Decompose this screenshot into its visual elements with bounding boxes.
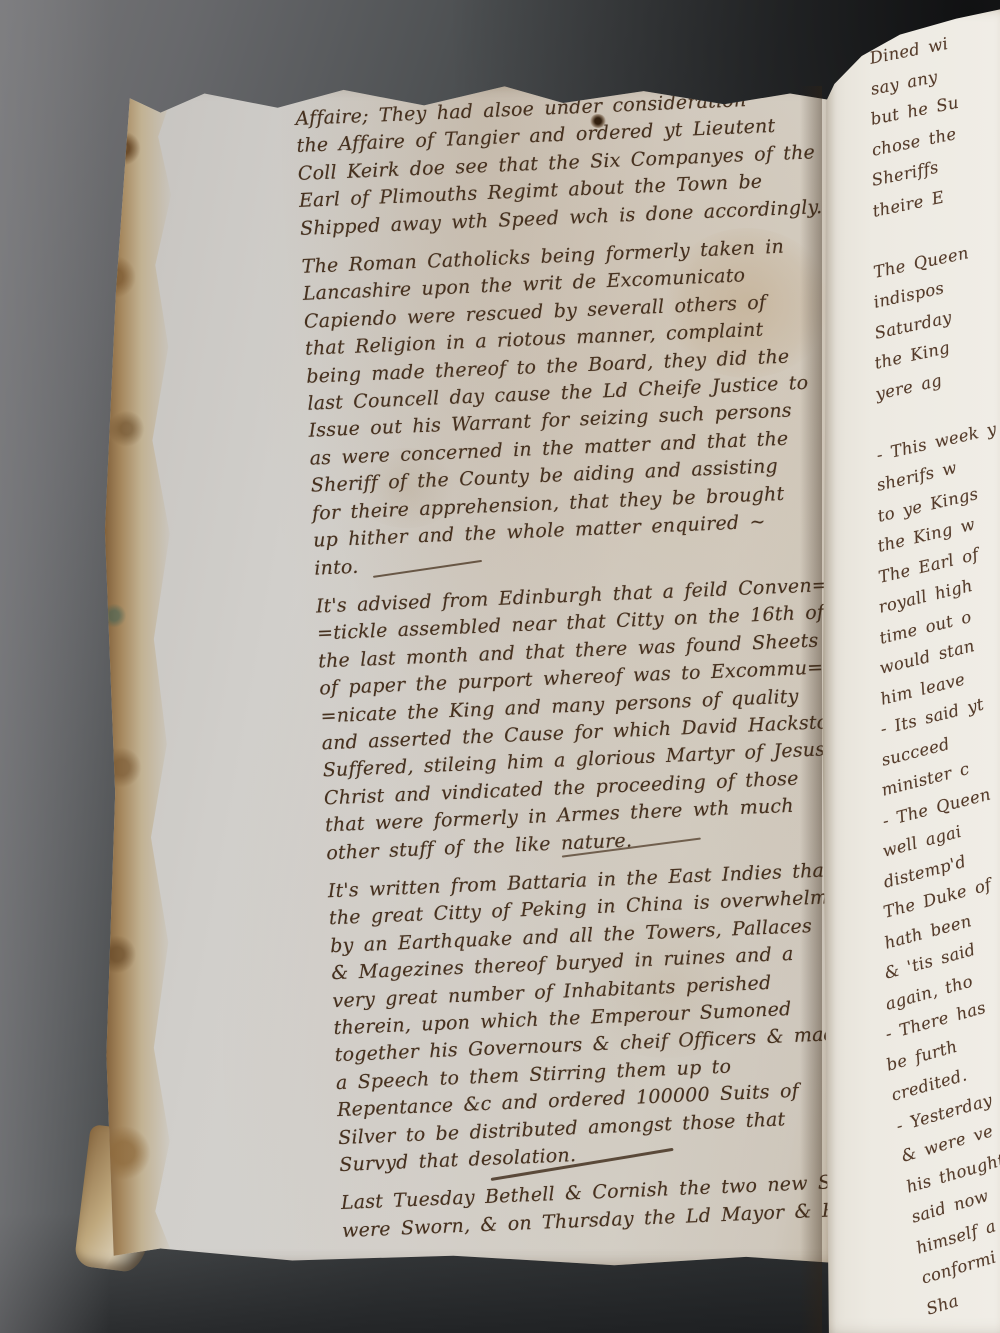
deckle-edge xyxy=(102,90,174,1258)
right-manuscript-page: Dined wisay anybut he Suchose theSheriff… xyxy=(818,0,1000,1333)
paragraph-roman-catholicks: The Roman Catholicks being formerly take… xyxy=(301,231,862,583)
gutter-shadow xyxy=(800,86,822,1333)
left-manuscript-page: Affaire; They had alsoe under considerat… xyxy=(102,78,834,1270)
right-page-text: Dined wisay anybut he Suchose theSheriff… xyxy=(870,44,1000,1325)
manuscript-photo: Affaire; They had alsoe under considerat… xyxy=(0,0,1000,1333)
paragraph-edinburgh: It's advised from Edinburgh that a feild… xyxy=(315,571,874,868)
paragraph-tangier: Affaire; They had alsoe under considerat… xyxy=(295,83,848,243)
